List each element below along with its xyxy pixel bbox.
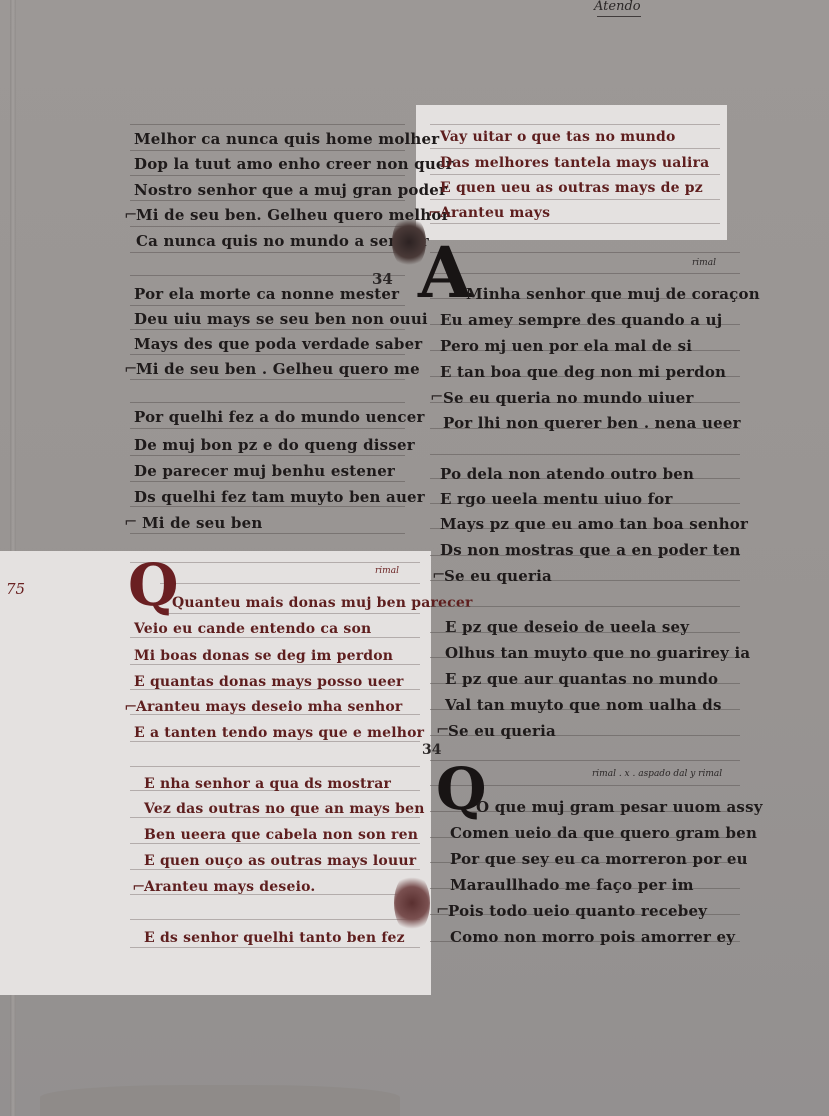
verse-line: Ds quelhi fez tam muyto ben auer [134, 488, 425, 506]
verse-line: Quanteu mais donas muj ben parecer [172, 595, 473, 611]
verse-line: Dop la tuut amo enho creer non quer [134, 155, 454, 173]
ruling [130, 428, 405, 429]
verse-line: Ca nunca quis no mundo a senhor [136, 232, 429, 250]
water-stain [40, 1085, 400, 1116]
ruling [130, 354, 405, 355]
verse-line: Se eu queria [444, 567, 552, 585]
verse-line: De muj bon pz e do queng disser [134, 436, 415, 454]
decorated-initial-m: A [418, 238, 472, 308]
verse-line: E tan boa que deg non mi perdon [440, 363, 726, 381]
verse-line: Mays pz que eu amo tan boa senhor [440, 515, 748, 533]
ruling [130, 843, 420, 844]
ruling [130, 124, 405, 125]
ruling [130, 869, 420, 870]
verse-line: Das melhores tantela mays ualira [440, 155, 709, 171]
rubric-note: rimal . x . aspado dal y rimal [592, 769, 722, 779]
verse-line: Mi boas donas se deg im perdon [134, 648, 393, 664]
verse-line: Aranteu mays deseio. [144, 879, 315, 895]
ruling [130, 275, 405, 276]
verse-line: Veio eu cande entendo ca son [134, 621, 371, 637]
verse-line: E quantas donas mays posso ueer [134, 674, 404, 690]
annotation-underline [597, 16, 641, 17]
ruling [130, 664, 420, 665]
rubric-note: rimal [375, 566, 399, 576]
verse-line: Comen ueio da que quero gram ben [450, 824, 757, 842]
ruling [130, 150, 405, 151]
ruling [130, 329, 405, 330]
decorated-initial-q: Q [128, 556, 179, 614]
ruling [130, 741, 420, 742]
ruling [430, 252, 740, 253]
ruling [130, 766, 420, 767]
verse-line: Vay uitar o que tas no mundo [440, 129, 676, 145]
ruling [430, 199, 720, 200]
verse-line: Aranteu mays deseio mha senhor [136, 699, 403, 715]
verse-line: De parecer muj benhu estener [134, 462, 395, 480]
ruling [430, 223, 720, 224]
verse-line: Por ela morte ca nonne mester [134, 285, 399, 303]
verse-line: Mi de seu ben [142, 514, 262, 532]
verse-line: O que muj gram pesar uuom assy [476, 798, 763, 816]
ruling [160, 583, 420, 584]
manuscript-page: Atendo Melhor ca nunca quis home molher … [0, 0, 829, 1116]
verse-line: Mi de seu ben . Gelheu quero me [136, 360, 420, 378]
ruling [130, 637, 420, 638]
ruling [130, 506, 405, 507]
ruling [130, 947, 420, 948]
verse-line: Se eu queria [448, 722, 556, 740]
verse-line: Pero mj uen por ela mal de si [440, 337, 692, 355]
ruling [430, 606, 740, 607]
ruling [430, 148, 720, 149]
ruling [130, 481, 405, 482]
verse-line: Por que sey eu ca morreron por eu [450, 850, 748, 868]
verse-line: Melhor ca nunca quis home molher [134, 130, 439, 148]
verse-line: Por quelhi fez a do mundo uencer [134, 408, 425, 426]
verse-line: Mays des que poda verdade saber [134, 335, 422, 353]
ruling [130, 252, 405, 253]
verse-line: Nostro senhor que a muj gran poder [134, 181, 447, 199]
ruling [130, 455, 405, 456]
verse-line: E nha senhor a qua ds mostrar [144, 776, 391, 792]
ruling [430, 273, 740, 274]
verse-line: Po dela non atendo outro ben [440, 465, 694, 483]
verse-line: Aranteu mays [440, 205, 550, 221]
verse-line: E ds senhor quelhi tanto ben fez [144, 930, 405, 946]
verse-line: E pz que deseio de ueela sey [445, 618, 689, 636]
ruling [130, 305, 405, 306]
verse-line: Ds non mostras que a en poder ten [440, 541, 741, 559]
verse-line: E quen ueu as outras mays de pz [440, 180, 703, 196]
ink-blot [394, 872, 430, 934]
top-annotation: Atendo [594, 0, 641, 14]
verse-line: Pois todo ueio quanto recebey [448, 902, 707, 920]
verse-line: E pz que aur quantas no mundo [445, 670, 718, 688]
ruling [430, 174, 720, 175]
ruling [130, 533, 405, 534]
verse-line: Por lhi non querer ben . nena ueer [443, 414, 741, 432]
verse-line: Val tan muyto que nom ualha ds [445, 696, 722, 714]
paragraph-mark-icon: ⌐ [430, 387, 443, 406]
verse-line: Se eu queria no mundo uiuer [443, 389, 694, 407]
ruling [130, 175, 405, 176]
verse-line: Deu uiu mays se seu ben non ouui [134, 310, 428, 328]
verse-line: Eu amey sempre des quando a uj [440, 311, 722, 329]
paragraph-mark-icon: ⌐ [124, 512, 137, 531]
ruling [130, 200, 405, 201]
verse-line: E quen ouço as outras mays louur [144, 853, 416, 869]
folio-number: 75 [6, 580, 25, 598]
highlight-bottom-left [0, 551, 431, 995]
ruling [130, 226, 405, 227]
ruling [130, 919, 420, 920]
verse-line: Olhus tan muyto que no guarirey ia [445, 644, 750, 662]
ruling [130, 379, 405, 380]
verse-line: Maraullhado me faço per im [450, 876, 694, 894]
rubric-note: rimal [692, 258, 716, 268]
ruling [130, 817, 420, 818]
verse-line: Vez das outras no que an mays ben [144, 801, 425, 817]
verse-line: Como non morro pois amorrer ey [450, 928, 735, 946]
ruling [130, 402, 405, 403]
ruling [430, 124, 720, 125]
verse-line: E rgo ueela mentu uiuo for [440, 490, 673, 508]
verse-line: Minha senhor que muj de coraçon [466, 285, 760, 303]
verse-line: E a tanten tendo mays que e melhor [134, 725, 424, 741]
ruling [160, 613, 420, 614]
ruling [430, 454, 740, 455]
verse-line: Ben ueera que cabela non son ren [144, 827, 418, 843]
